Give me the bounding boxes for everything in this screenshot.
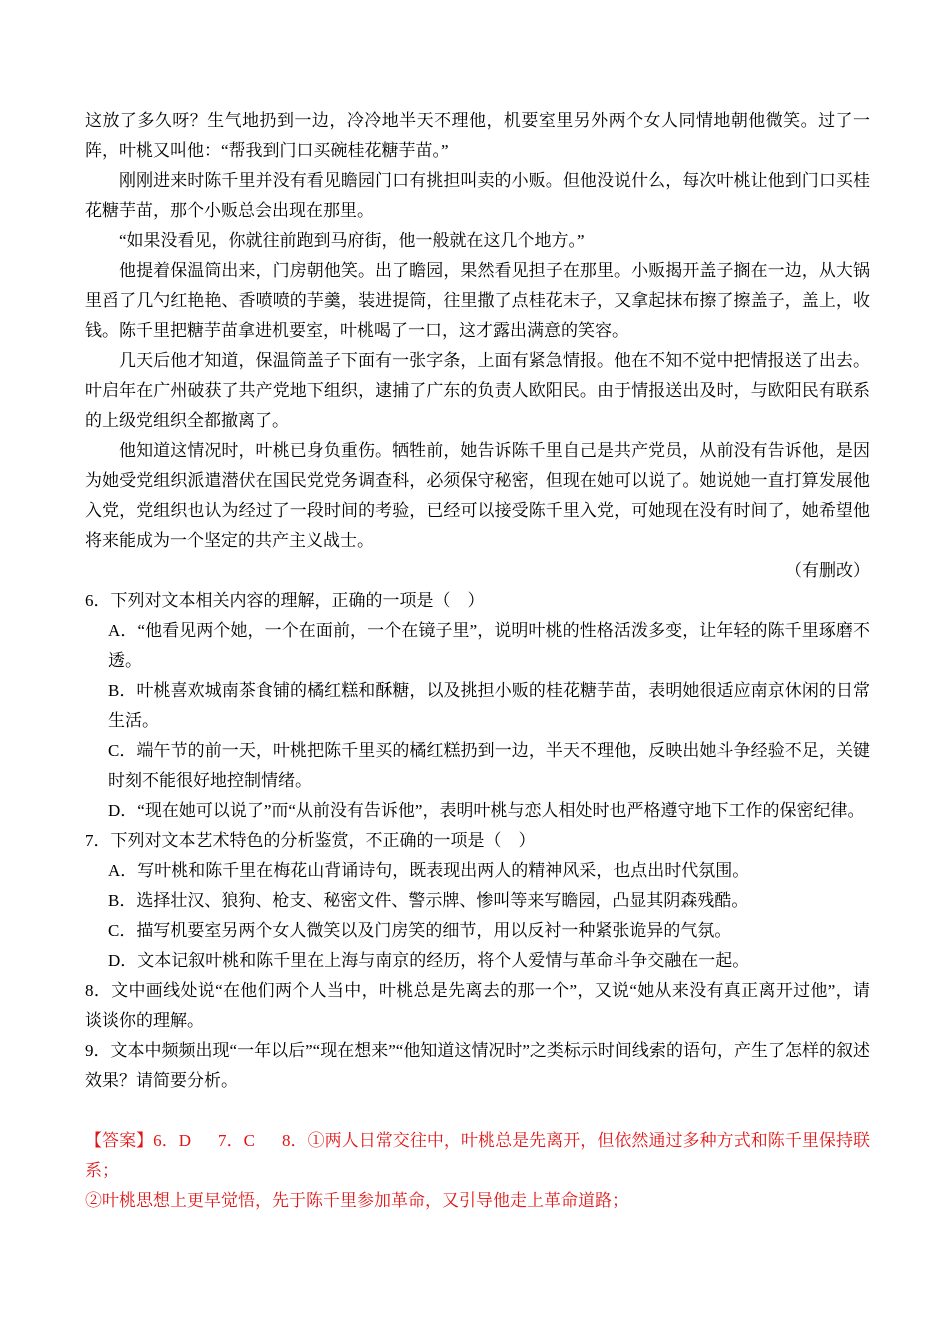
passage: 这放了多久呀？生气地扔到一边，冷冷地半天不理他，机要室里另外两个女人同情地朝他微… — [85, 106, 870, 586]
option-b-text: 选择壮汉、狼狗、枪支、秘密文件、警示牌、惨叫等来写瞻园，凸显其阴森残酷。 — [136, 891, 748, 910]
question-6-option-b: B．叶桃喜欢城南茶食铺的橘红糕和酥糖，以及挑担小贩的桂花糖芋苗，表明她很适应南京… — [108, 676, 870, 736]
option-a-label: A． — [108, 621, 137, 640]
option-a-text: “他看见两个她，一个在面前，一个在镜子里”，说明叶桃的性格活泼多变，让年轻的陈千… — [108, 621, 870, 670]
option-b-text: 叶桃喜欢城南茶食铺的橘红糕和酥糖，以及挑担小贩的桂花糖芋苗，表明她很适应南京休闲… — [108, 681, 870, 730]
question-6: 6．下列对文本相关内容的理解，正确的一项是（ ） A．“他看见两个她，一个在面前… — [85, 586, 870, 826]
answer-line-1: 【答案】6．D7．C8．①两人日常交往中，叶桃总是先离开，但依然通过多种方式和陈… — [85, 1126, 870, 1186]
question-6-option-a: A．“他看见两个她，一个在面前，一个在镜子里”，说明叶桃的性格活泼多变，让年轻的… — [108, 616, 870, 676]
option-a-text: 写叶桃和陈千里在梅花山背诵诗句，既表现出两人的精神风采，也点出时代氛围。 — [137, 861, 749, 880]
question-9-text: 文本中频频出现“一年以后”“现在想来”“他知道这情况时”之类标示时间线索的语句，… — [85, 1041, 870, 1090]
question-7-option-a: A．写叶桃和陈千里在梅花山背诵诗句，既表现出两人的精神风采，也点出时代氛围。 — [108, 856, 870, 886]
option-c-label: C． — [108, 741, 136, 760]
question-9-number: 9． — [85, 1041, 111, 1060]
option-d-label: D． — [108, 801, 137, 820]
question-7-stem: 7．下列对文本艺术特色的分析鉴赏，不正确的一项是（ ） — [85, 826, 870, 856]
answer-section: 【答案】6．D7．C8．①两人日常交往中，叶桃总是先离开，但依然通过多种方式和陈… — [85, 1126, 870, 1216]
option-c-text: 端午节的前一天，叶桃把陈千里买的橘红糕扔到一边，半天不理他，反映出她斗争经验不足… — [108, 741, 870, 790]
question-6-number: 6． — [85, 591, 111, 610]
option-d-text: 文本记叙叶桃和陈千里在上海与南京的经历，将个人爱情与革命斗争交融在一起。 — [137, 951, 749, 970]
answer-q7: 7．C — [218, 1131, 255, 1150]
option-b-label: B． — [108, 681, 136, 700]
question-6-option-c: C．端午节的前一天，叶桃把陈千里买的橘红糕扔到一边，半天不理他，反映出她斗争经验… — [108, 736, 870, 796]
questions-section: 6．下列对文本相关内容的理解，正确的一项是（ ） A．“他看见两个她，一个在面前… — [85, 586, 870, 1096]
option-c-label: C． — [108, 921, 136, 940]
passage-paragraph-2: 刚刚进来时陈千里并没有看见瞻园门口有挑担叫卖的小贩。但他没说什么，每次叶桃让他到… — [85, 166, 870, 226]
passage-paragraph-4: 他提着保温筒出来，门房朝他笑。出了瞻园，果然看见担子在那里。小贩揭开盖子搁在一边… — [85, 256, 870, 346]
option-d-text: “现在她可以说了”而“从前没有告诉他”，表明叶桃与恋人相处时也严格遵守地下工作的… — [137, 801, 864, 820]
question-8-number: 8． — [85, 981, 111, 1000]
question-7-text: 下列对文本艺术特色的分析鉴赏，不正确的一项是（ ） — [111, 831, 536, 850]
question-7-option-d: D．文本记叙叶桃和陈千里在上海与南京的经历，将个人爱情与革命斗争交融在一起。 — [108, 946, 870, 976]
question-7: 7．下列对文本艺术特色的分析鉴赏，不正确的一项是（ ） A．写叶桃和陈千里在梅花… — [85, 826, 870, 976]
question-6-option-d: D．“现在她可以说了”而“从前没有告诉他”，表明叶桃与恋人相处时也严格遵守地下工… — [108, 796, 870, 826]
question-6-stem: 6．下列对文本相关内容的理解，正确的一项是（ ） — [85, 586, 870, 616]
question-6-text: 下列对文本相关内容的理解，正确的一项是（ ） — [111, 591, 485, 610]
question-7-option-b: B．选择壮汉、狼狗、枪支、秘密文件、警示牌、惨叫等来写瞻园，凸显其阴森残酷。 — [108, 886, 870, 916]
question-7-number: 7． — [85, 831, 111, 850]
question-9: 9．文本中频频出现“一年以后”“现在想来”“他知道这情况时”之类标示时间线索的语… — [85, 1036, 870, 1096]
question-8-text: 文中画线处说“在他们两个人当中，叶桃总是先离去的那一个”，又说“她从来没有真正离… — [85, 981, 870, 1030]
question-8-stem: 8．文中画线处说“在他们两个人当中，叶桃总是先离去的那一个”，又说“她从来没有真… — [85, 976, 870, 1036]
document-page: 这放了多久呀？生气地扔到一边，冷冷地半天不理他，机要室里另外两个女人同情地朝他微… — [0, 0, 950, 1344]
question-9-stem: 9．文本中频频出现“一年以后”“现在想来”“他知道这情况时”之类标示时间线索的语… — [85, 1036, 870, 1096]
question-7-option-c: C．描写机要室另两个女人微笑以及门房笑的细节，用以反衬一种紧张诡异的气氛。 — [108, 916, 870, 946]
question-8: 8．文中画线处说“在他们两个人当中，叶桃总是先离去的那一个”，又说“她从来没有真… — [85, 976, 870, 1036]
option-d-label: D． — [108, 951, 137, 970]
answer-heading: 【答案】6．D — [85, 1131, 191, 1150]
passage-paragraph-3: “如果没看见，你就往前跑到马府街，他一般就在这几个地方。” — [85, 226, 870, 256]
answer-line-2: ②叶桃思想上更早觉悟，先于陈千里参加革命，又引导他走上革命道路； — [85, 1186, 870, 1216]
passage-paragraph-6: 他知道这情况时，叶桃已身负重伤。牺牲前，她告诉陈千里自己是共产党员，从前没有告诉… — [85, 436, 870, 556]
source-note: （有删改） — [85, 556, 870, 586]
option-c-text: 描写机要室另两个女人微笑以及门房笑的细节，用以反衬一种紧张诡异的气氛。 — [136, 921, 731, 940]
option-b-label: B． — [108, 891, 136, 910]
passage-paragraph-1: 这放了多久呀？生气地扔到一边，冷冷地半天不理他，机要室里另外两个女人同情地朝他微… — [85, 106, 870, 166]
answer-q8-point-1: 8．①两人日常交往中，叶桃总是先离开，但依然通过多种方式和陈千里保持联系； — [85, 1131, 870, 1180]
passage-paragraph-5: 几天后他才知道，保温筒盖子下面有一张字条，上面有紧急情报。他在不知不觉中把情报送… — [85, 346, 870, 436]
option-a-label: A． — [108, 861, 137, 880]
